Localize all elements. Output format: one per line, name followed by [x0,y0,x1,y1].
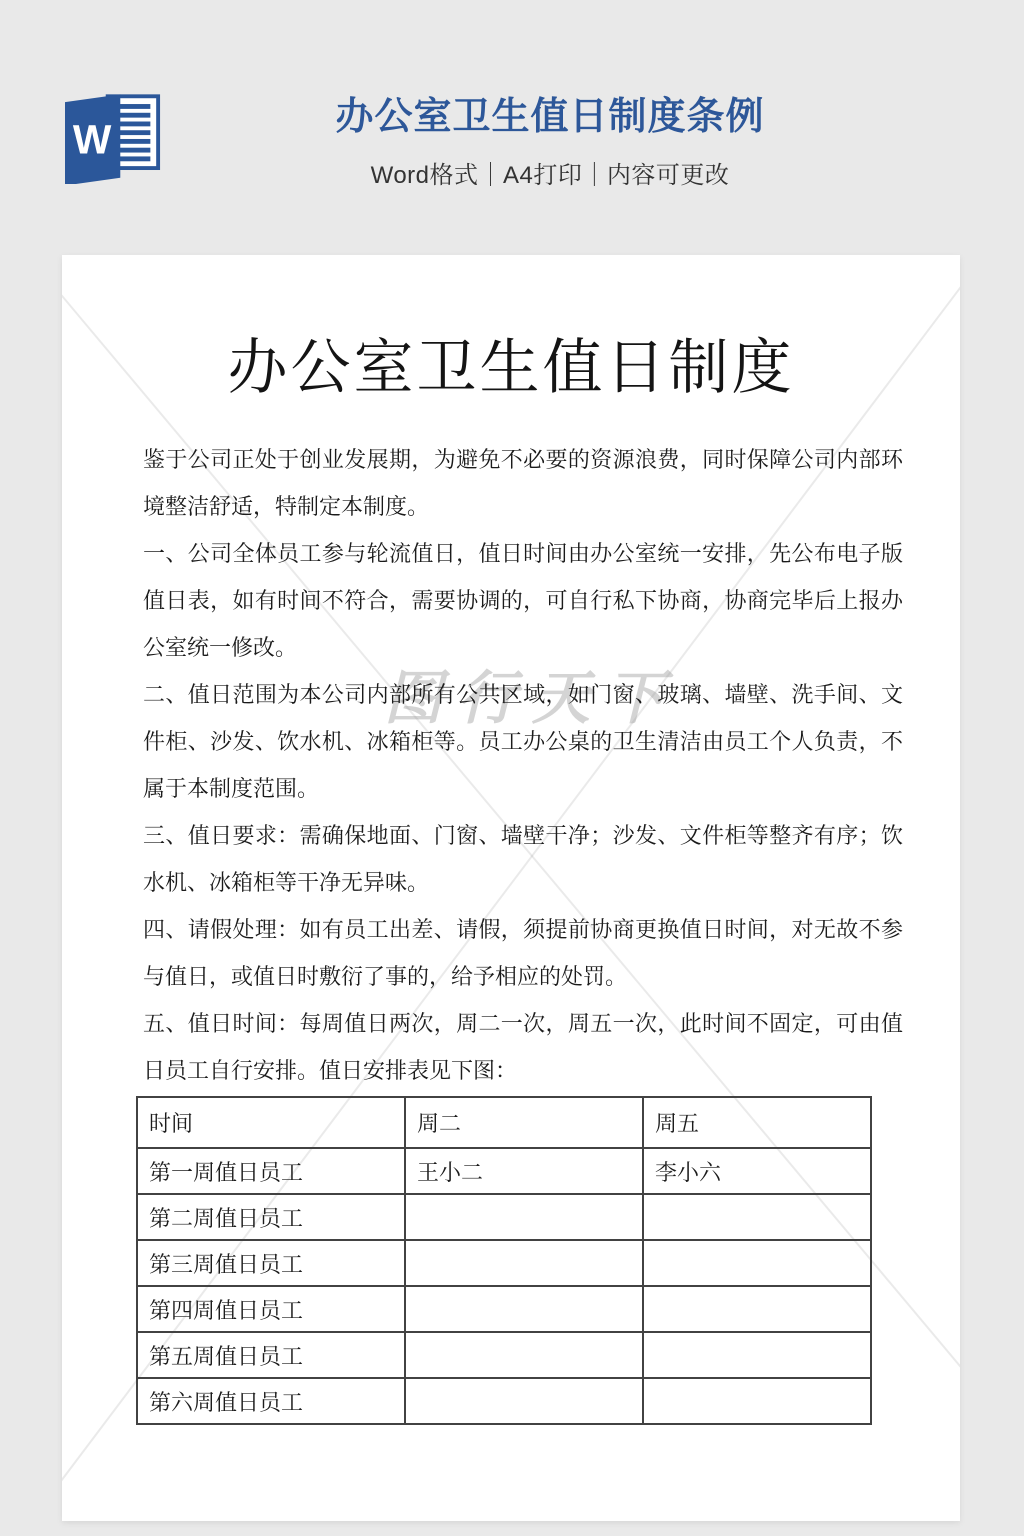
table-row: 第三周值日员工 [137,1240,871,1286]
table-cell: 第三周值日员工 [137,1240,405,1286]
paragraph: 鉴于公司正处于创业发展期，为避免不必要的资源浪费，同时保障公司内部环境整洁舒适，… [143,436,903,530]
table-cell: 第六周值日员工 [137,1378,405,1424]
table-cell [643,1194,871,1240]
header-text-block: 办公室卫生值日制度条例 Word格式｜A4打印｜内容可更改 [170,96,930,190]
table-cell [643,1286,871,1332]
table-cell [405,1378,643,1424]
table-row: 第四周值日员工 [137,1286,871,1332]
table-cell: 时间 [137,1097,405,1148]
word-w-letter: W [73,117,112,163]
table-row: 第一周值日员工王小二李小六 [137,1148,871,1194]
table-cell: 第五周值日员工 [137,1332,405,1378]
table-header-row: 时间周二周五 [137,1097,871,1148]
table-cell: 李小六 [643,1148,871,1194]
table-cell [405,1332,643,1378]
template-header: W 办公室卫生值日制度条例 Word格式｜A4打印｜内容可更改 [0,0,1024,255]
table-cell: 第一周值日员工 [137,1148,405,1194]
duty-schedule-table: 时间周二周五第一周值日员工王小二李小六第二周值日员工第三周值日员工第四周值日员工… [136,1096,872,1425]
document-page: 图行天下 办公室卫生值日制度 鉴于公司正处于创业发展期，为避免不必要的资源浪费，… [62,255,960,1521]
table-cell: 第二周值日员工 [137,1194,405,1240]
table-cell [643,1332,871,1378]
table-cell: 周五 [643,1097,871,1148]
table-cell [643,1378,871,1424]
table-row: 第五周值日员工 [137,1332,871,1378]
table-cell [405,1286,643,1332]
document-content: 办公室卫生值日制度 鉴于公司正处于创业发展期，为避免不必要的资源浪费，同时保障公… [62,255,960,1425]
document-body: 鉴于公司正处于创业发展期，为避免不必要的资源浪费，同时保障公司内部环境整洁舒适，… [143,436,903,1094]
table-cell [405,1240,643,1286]
header-subtitle: Word格式｜A4打印｜内容可更改 [170,155,930,190]
table-cell: 周二 [405,1097,643,1148]
word-logo-icon: W [65,92,162,184]
table-cell [643,1240,871,1286]
table-row: 第二周值日员工 [137,1194,871,1240]
header-title: 办公室卫生值日制度条例 [170,96,930,140]
paragraph: 三、值日要求：需确保地面、门窗、墙壁干净；沙发、文件柜等整齐有序；饮水机、冰箱柜… [143,812,903,906]
paragraph: 二、值日范围为本公司内部所有公共区域，如门窗、玻璃、墙壁、洗手间、文件柜、沙发、… [143,671,903,812]
table-cell: 第四周值日员工 [137,1286,405,1332]
table-row: 第六周值日员工 [137,1378,871,1424]
paragraph: 五、值日时间：每周值日两次，周二一次，周五一次，此时间不固定，可由值日员工自行安… [143,1000,903,1094]
document-title: 办公室卫生值日制度 [62,255,960,400]
table-cell: 王小二 [405,1148,643,1194]
paragraph: 一、公司全体员工参与轮流值日，值日时间由办公室统一安排，先公布电子版值日表，如有… [143,530,903,671]
duty-table-body: 时间周二周五第一周值日员工王小二李小六第二周值日员工第三周值日员工第四周值日员工… [137,1097,871,1424]
table-cell [405,1194,643,1240]
paragraph: 四、请假处理：如有员工出差、请假，须提前协商更换值日时间，对无故不参与值日，或值… [143,906,903,1000]
